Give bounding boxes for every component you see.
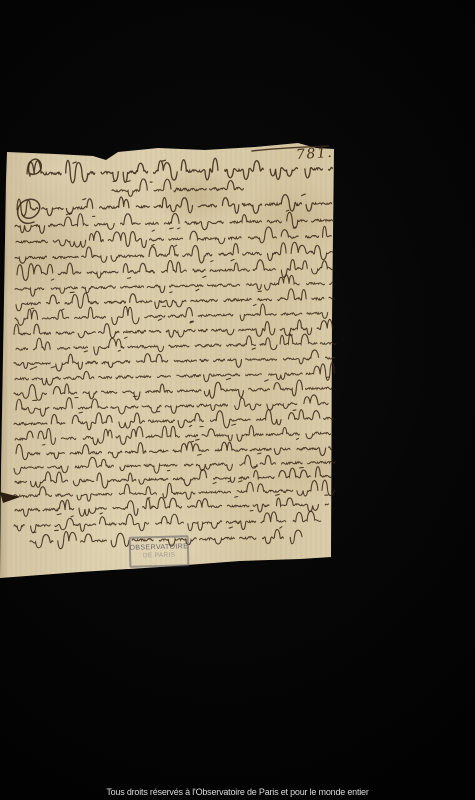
photo-background: 781. OBSERVATOIRE DE PARIS Tous droits r… — [0, 0, 475, 800]
observatory-stamp: OBSERVATOIRE DE PARIS — [129, 535, 190, 568]
stamp-line-2: DE PARIS — [143, 552, 175, 560]
copyright-caption: Tous droits réservés à l'Observatoire de… — [0, 787, 475, 797]
manuscript-page — [0, 0, 475, 800]
page-number: 781. — [295, 145, 333, 164]
